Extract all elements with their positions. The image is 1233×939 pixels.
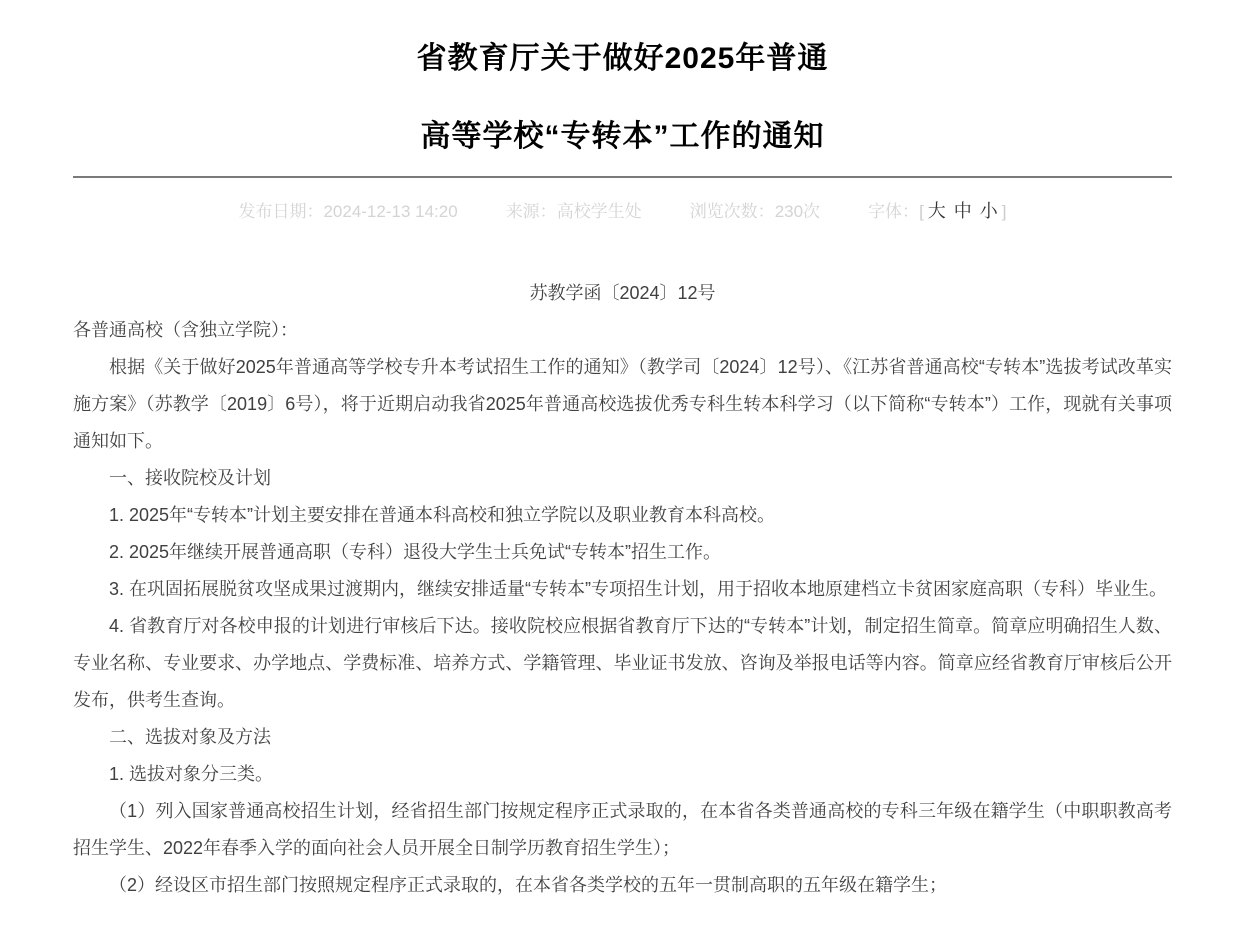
font-size-picker: 字体：[大中小] [868,198,1006,225]
paragraph: 4. 省教育厅对各校申报的计划进行审核后下达。接收院校应根据省教育厅下达的“专转… [73,608,1172,719]
page-title-line-2: 高等学校“专转本”工作的通知 [73,98,1172,176]
title-divider [73,176,1172,178]
font-size-option-medium[interactable]: 中 [954,201,972,221]
page-title-line-1: 省教育厅关于做好2025年普通 [73,20,1172,98]
page-title: 省教育厅关于做好2025年普通 高等学校“专转本”工作的通知 [73,20,1172,176]
font-size-option-small[interactable]: 小 [980,201,998,221]
paragraph: 1. 选拔对象分三类。 [73,756,1172,793]
paragraph: （2）经设区市招生部门按照规定程序正式录取的，在本省各类学校的五年一贯制高职的五… [73,867,1172,904]
bracket-close: ] [1002,202,1007,221]
source-value: 高校学生处 [557,202,642,221]
font-size-options: 大中小 [924,202,1002,221]
document-number: 苏教学函〔2024〕12号 [73,275,1172,312]
paragraph-list: 根据《关于做好2025年普通高等学校专升本考试招生工作的通知》（教学司〔2024… [73,349,1172,904]
meta-bar: 发布日期：2024-12-13 14:20 来源：高校学生处 浏览次数：230次… [73,198,1172,225]
publish-date-value: 2024-12-13 14:20 [323,202,457,221]
view-count-label: 浏览次数： [690,202,775,221]
notice-body: 苏教学函〔2024〕12号 各普通高校（含独立学院）： 根据《关于做好2025年… [73,275,1172,904]
paragraph: 二、选拔对象及方法 [73,719,1172,756]
font-size-label: 字体： [868,202,919,221]
paragraph: 1. 2025年“专转本”计划主要安排在普通本科高校和独立学院以及职业教育本科高… [73,497,1172,534]
source-label: 来源： [506,202,557,221]
paragraph: 根据《关于做好2025年普通高等学校专升本考试招生工作的通知》（教学司〔2024… [73,349,1172,460]
salutation: 各普通高校（含独立学院）： [73,312,1172,349]
view-count-value: 230次 [775,202,820,221]
publish-date-label: 发布日期： [238,202,323,221]
view-count: 浏览次数：230次 [690,199,820,225]
paragraph: （1）列入国家普通高校招生计划，经省招生部门按规定程序正式录取的，在本省各类普通… [73,793,1172,867]
paragraph: 一、接收院校及计划 [73,460,1172,497]
font-size-option-large[interactable]: 大 [928,201,946,221]
paragraph: 3. 在巩固拓展脱贫攻坚成果过渡期内，继续安排适量“专转本”专项招生计划，用于招… [73,571,1172,608]
source: 来源：高校学生处 [506,199,642,225]
publish-date: 发布日期：2024-12-13 14:20 [238,199,457,225]
notice-page: 省教育厅关于做好2025年普通 高等学校“专转本”工作的通知 发布日期：2024… [73,20,1172,904]
paragraph: 2. 2025年继续开展普通高职（专科）退役大学生士兵免试“专转本”招生工作。 [73,534,1172,571]
